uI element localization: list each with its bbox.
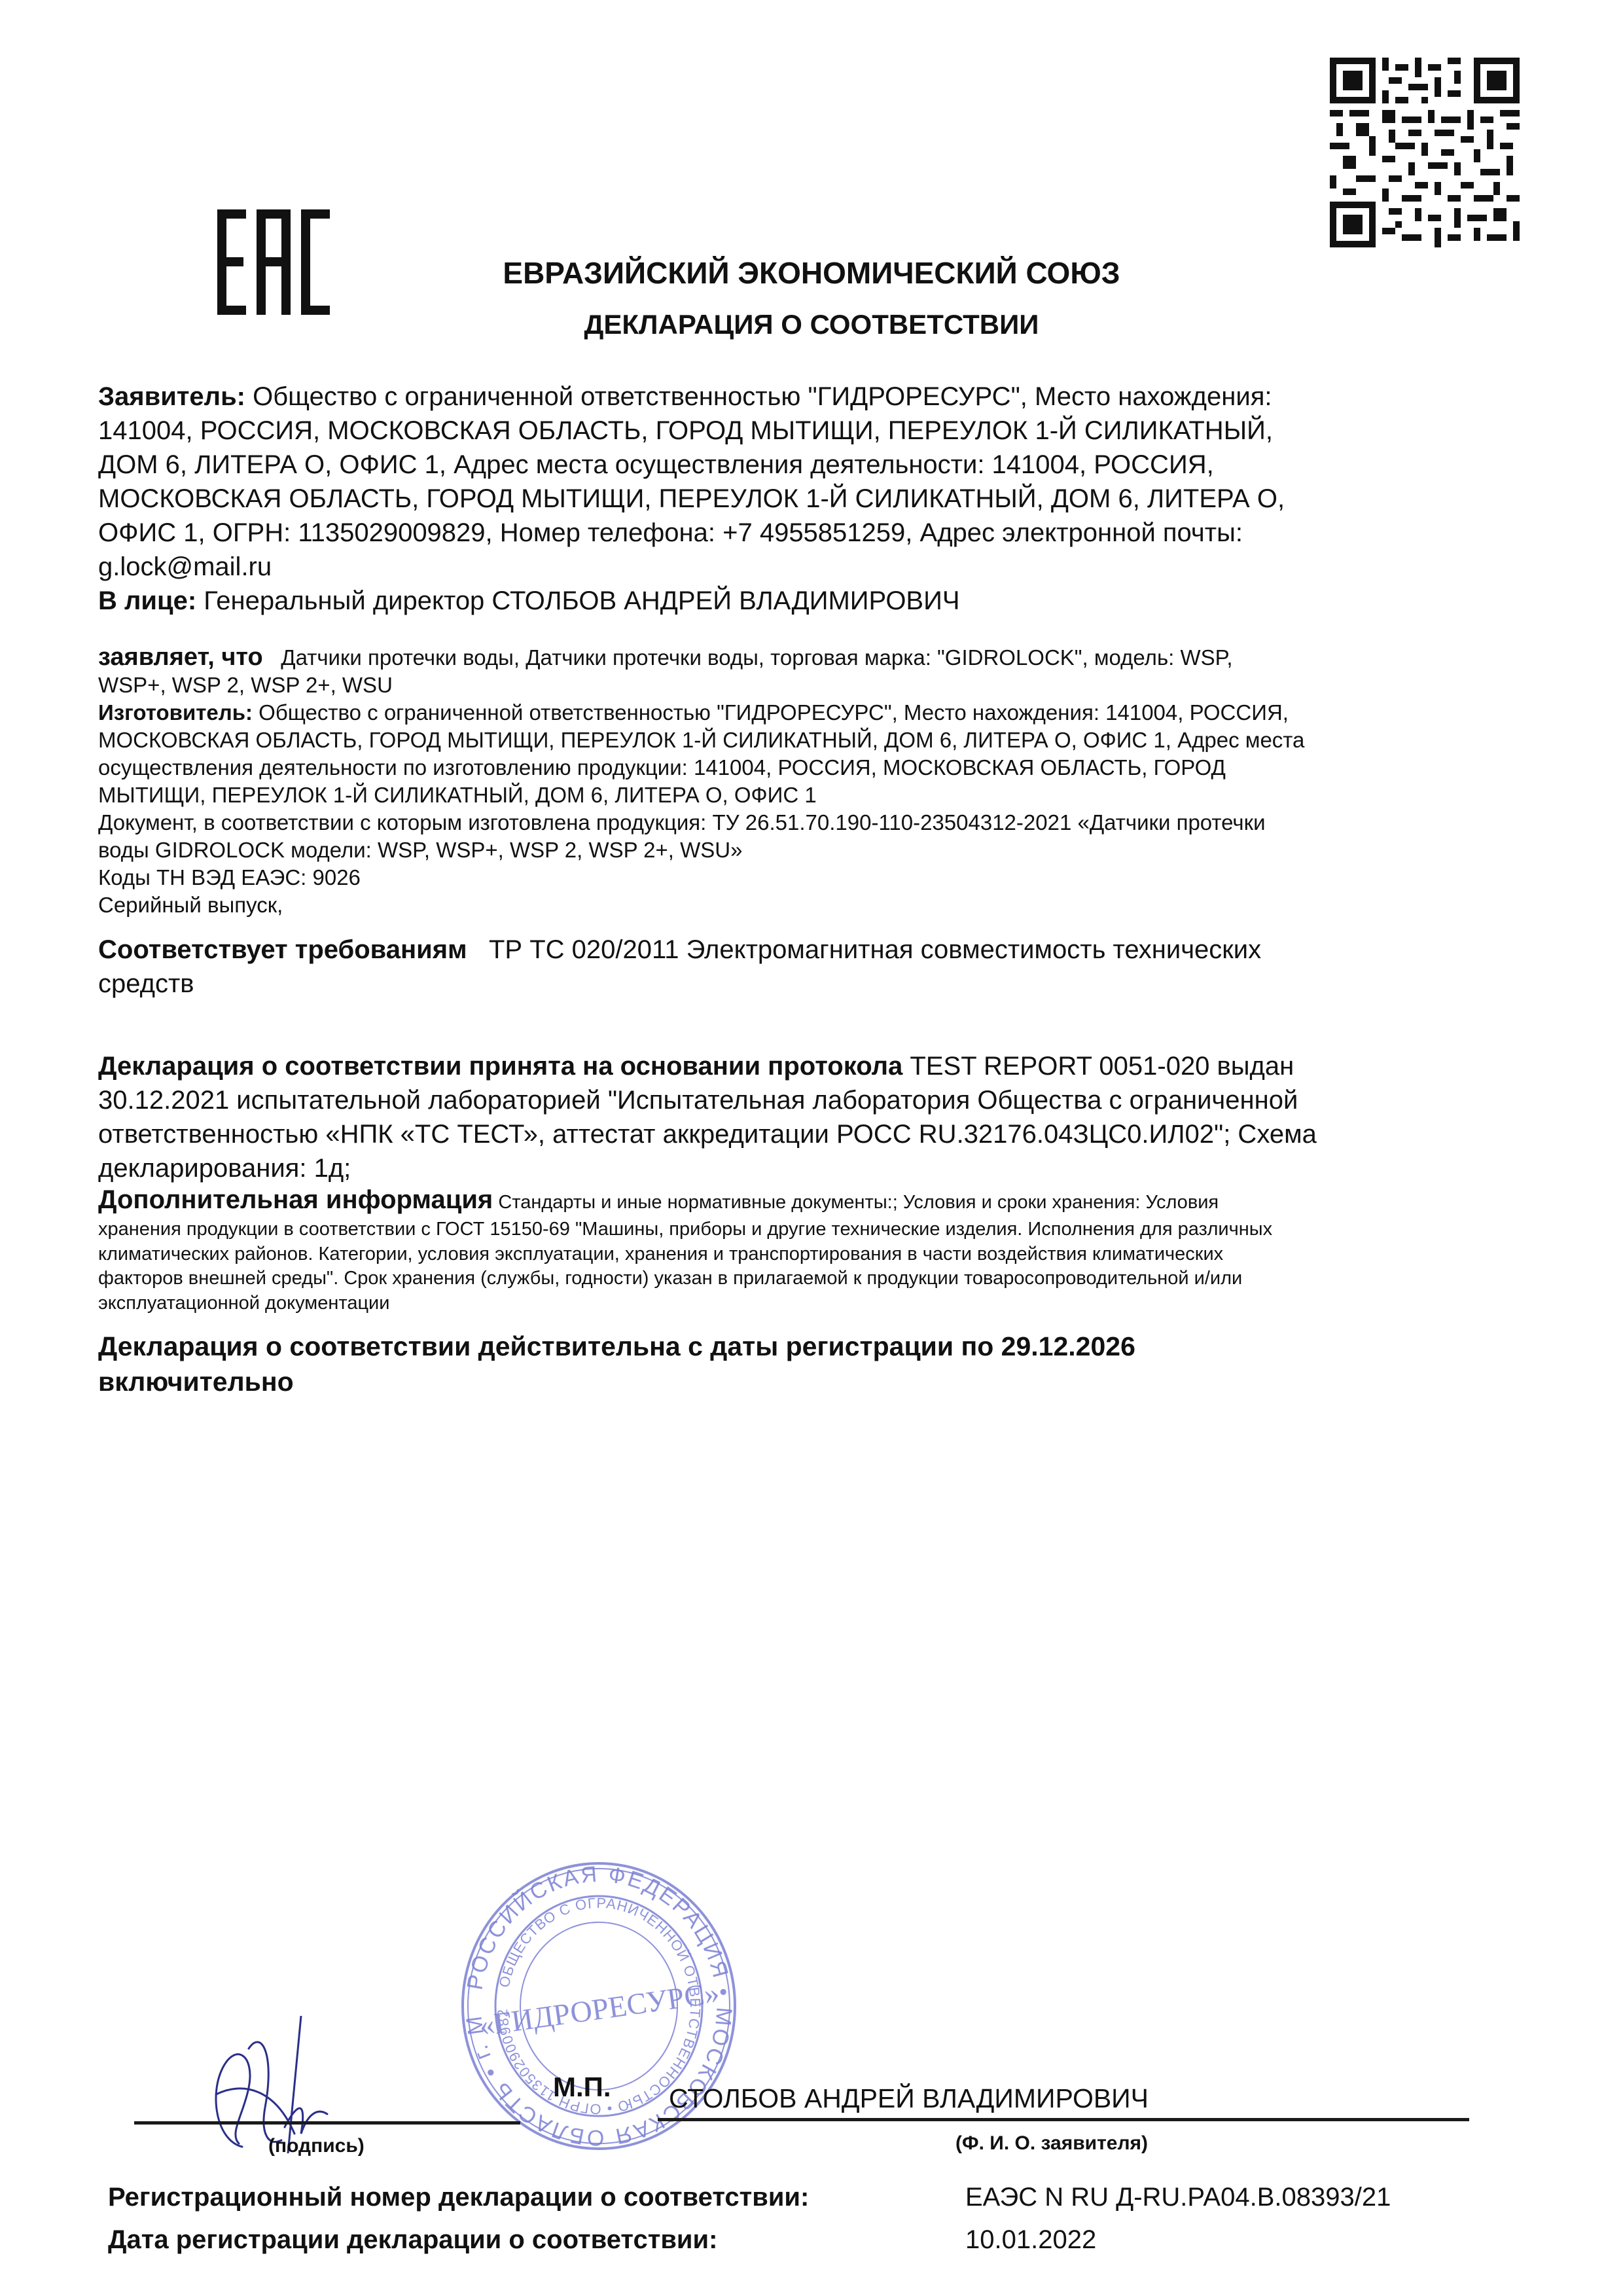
manufacturer-line-2: МОСКОВСКАЯ ОБЛАСТЬ, ГОРОД МЫТИЩИ, ПЕРЕУЛ… (98, 726, 1492, 754)
basis-line-4: декларирования: 1д; (98, 1151, 1492, 1185)
requirements-line-1: Соответствует требованиям ТР ТС 020/2011… (98, 933, 1492, 967)
registration-number-value: ЕАЭС N RU Д-RU.РА04.В.08393/21 (965, 2183, 1391, 2212)
applicant-section: Заявитель: Общество с ограниченной ответ… (98, 380, 1492, 618)
representative-label: В лице: (98, 586, 196, 615)
basis-line-1: Декларация о соответствии принята на осн… (98, 1049, 1492, 1083)
registration-number-label: Регистрационный номер декларации о соотв… (108, 2183, 809, 2212)
additional-line-4: факторов внешней среды". Срок хранения (… (98, 1266, 1492, 1291)
applicant-line-5: ОФИС 1, ОГРН: 1135029009829, Номер телеф… (98, 516, 1492, 550)
hs-codes: Коды ТН ВЭД ЕАЭС: 9026 (98, 864, 1492, 891)
declares-line-2: WSP+, WSP 2, WSP 2+, WSU (98, 672, 1492, 699)
additional-line-2: хранения продукции в соответствии с ГОСТ… (98, 1217, 1492, 1242)
signature-underline (134, 2121, 520, 2125)
additional-label: Дополнительная информация (98, 1185, 493, 1214)
applicant-line-2: 141004, РОССИЯ, МОСКОВСКАЯ ОБЛАСТЬ, ГОРО… (98, 414, 1492, 448)
validity-section: Декларация о соответствии действительна … (98, 1329, 1492, 1399)
basis-section: Декларация о соответствии принята на осн… (98, 1049, 1492, 1185)
seal-label: М.П. (553, 2072, 611, 2103)
additional-line-1: Дополнительная информация Стандарты и ин… (98, 1185, 1492, 1217)
validity-line-1: Декларация о соответствии действительна … (98, 1329, 1492, 1364)
additional-section: Дополнительная информация Стандарты и ин… (98, 1185, 1492, 1316)
production-type: Серийный выпуск, (98, 891, 1492, 919)
signature-icon (203, 2016, 393, 2153)
manufacturer-line-1: Изготовитель: Общество с ограниченной от… (98, 699, 1492, 726)
applicant-label: Заявитель: (98, 382, 245, 411)
declares-line-1: заявляет, что Датчики протечки воды, Дат… (98, 643, 1492, 672)
applicant-email: g.lock@mail.ru (98, 550, 1492, 584)
declares-label: заявляет, что (98, 643, 263, 671)
product-doc-line-1: Документ, в соответствии с которым изгот… (98, 809, 1492, 836)
signature-caption: (подпись) (268, 2135, 365, 2157)
declares-section: заявляет, что Датчики протечки воды, Дат… (98, 643, 1492, 919)
qr-code (1330, 58, 1520, 247)
basis-line-3: ответственностью «НПК «ТС ТЕСТ», аттеста… (98, 1117, 1492, 1151)
manufacturer-line-4: МЫТИЩИ, ПЕРЕУЛОК 1-Й СИЛИКАТНЫЙ, ДОМ 6, … (98, 781, 1492, 809)
validity-line-2: включительно (98, 1364, 1492, 1399)
name-underline (658, 2118, 1469, 2121)
representative-value: Генеральный директор СТОЛБОВ АНДРЕЙ ВЛАД… (204, 586, 959, 615)
representative-line: В лице: Генеральный директор СТОЛБОВ АНД… (98, 584, 1492, 618)
applicant-line-4: МОСКОВСКАЯ ОБЛАСТЬ, ГОРОД МЫТИЩИ, ПЕРЕУЛ… (98, 482, 1492, 516)
registration-date-value: 10.01.2022 (965, 2225, 1096, 2255)
product-doc-line-2: воды GIDROLOCK модели: WSP, WSP+, WSP 2,… (98, 836, 1492, 864)
basis-line-2: 30.12.2021 испытательной лабораторией "И… (98, 1083, 1492, 1117)
basis-label: Декларация о соответствии принята на осн… (98, 1052, 902, 1081)
qr-code-icon (1330, 58, 1520, 247)
signature (203, 2016, 393, 2153)
name-caption: (Ф. И. О. заявителя) (955, 2132, 1148, 2155)
requirements-label: Соответствует требованиям (98, 935, 467, 964)
additional-line-3: климатических районов. Категории, услови… (98, 1242, 1492, 1267)
registration-date-label: Дата регистрации декларации о соответств… (108, 2225, 717, 2255)
document-title: ДЕКЛАРАЦИЯ О СООТВЕТСТВИИ (0, 309, 1623, 340)
applicant-line-3: ДОМ 6, ЛИТЕРА О, ОФИС 1, Адрес места осу… (98, 448, 1492, 482)
requirements-section: Соответствует требованиям ТР ТС 020/2011… (98, 933, 1492, 1001)
additional-line-5: эксплуатационной документации (98, 1291, 1492, 1316)
applicant-line-1: Заявитель: Общество с ограниченной ответ… (98, 380, 1492, 414)
requirements-line-2: средств (98, 967, 1492, 1001)
union-title: ЕВРАЗИЙСКИЙ ЭКОНОМИЧЕСКИЙ СОЮЗ (0, 255, 1623, 291)
manufacturer-label: Изготовитель: (98, 700, 253, 725)
signer-name: СТОЛБОВ АНДРЕЙ ВЛАДИМИРОВИЧ (669, 2083, 1149, 2114)
manufacturer-line-3: осуществления деятельности по изготовлен… (98, 754, 1492, 781)
